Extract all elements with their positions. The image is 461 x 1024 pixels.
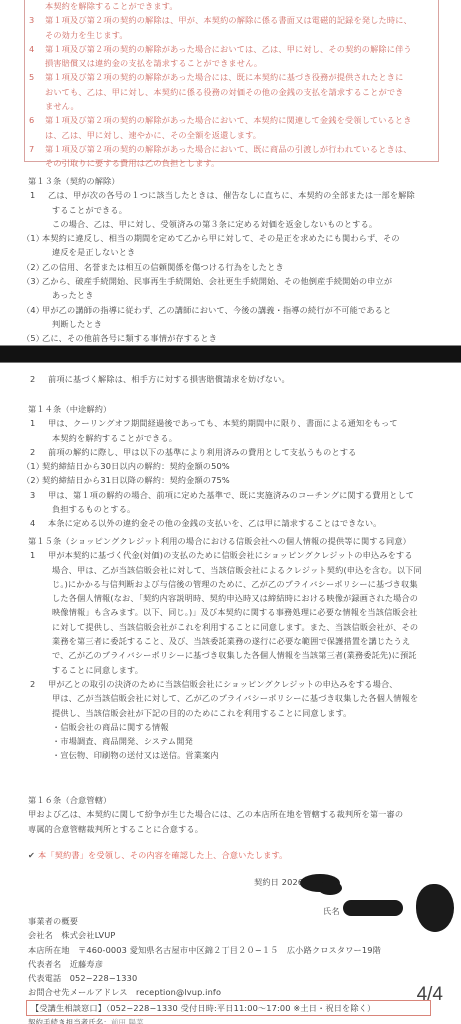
para-text: 乙は、甲が次の各号の１つに該当したときは、催告なしに直ちに、本契約の全部または一… [48, 190, 415, 200]
business-heading: 事業者の概要 [28, 914, 448, 928]
agreement-text: 本「契約書」を受領し、その内容を確認した上、合意いたします。 [38, 850, 287, 860]
para-text: 本条に定める以外の違約金その他の金銭の支払いを、乙は甲に請求することはできない。 [48, 518, 382, 528]
purpose-item: ・宣伝物、印刷物の送付又は送信。営業案内 [28, 748, 448, 762]
para-text: この場合、乙は、甲に対し、受領済みの第３条に定める対価を返金しないものとする。 [28, 217, 448, 231]
staff-row: 契約手続き担当者氏名：前田 陽菜 [28, 1016, 448, 1024]
para-num: 1 [28, 188, 48, 202]
fee-item: （2）契約締結日から31日以降の解約：契約金額の75% [22, 473, 448, 487]
art12-line: 6第１項及び第２項の契約の解除があった場合において、本契約に関連して金銭を受領し… [25, 113, 430, 127]
article-15-title: 第１５条（ショッピングクレジット利用の場合における信販会社への個人情報の提供等に… [28, 534, 448, 548]
item-text: 違反を是正しないとき [28, 245, 448, 259]
para-text: 前項の解約に際し、甲は以下の基準により利用済みの費用として支払うものとする [48, 447, 357, 457]
item-text: あったとき [28, 288, 448, 302]
article-16-title: 第１６条（合意管轄） [28, 793, 448, 807]
para-text: することができる。 [28, 203, 448, 217]
art12-line: 3第１項及び第２項の契約の解除は、甲が、本契約の解除に係る書面又は電磁的記録を発… [25, 13, 430, 27]
item-text: 判断したとき [28, 317, 448, 331]
art12-line: は、乙は、甲に対し、速やかに、その全額を返還します。 [25, 128, 430, 142]
para-text: に対して提供し、当該信販会社がこれを利用することに同意します。また、当該信販会社… [28, 620, 448, 634]
para-text: 前項に基づく解除は、相手方に対する損害賠償請求を妨げない。 [48, 374, 290, 384]
para-text: 映像情報」も含みます。以下、同じ。)」及び本契約に関する事務処理に必要な情報を当… [28, 605, 448, 619]
purpose-item: ・信販会社の商品に関する情報 [28, 720, 448, 734]
para-text: 甲が本契約に基づく代金(対価)の支払のために信販会社にショッピングクレジットの申… [48, 550, 413, 560]
agreement-line: ✔本「契約書」を受領し、その内容を確認した上、合意いたします。 [28, 848, 448, 862]
art12-line: 損害賠償又は違約金の支払を請求することができません。 [25, 56, 430, 70]
article-14-title: 第１４条（中途解約） [28, 402, 448, 416]
address-row: 本店所在地 〒460-0003 愛知県名古屋市中区錦２丁目２０−１５ 広小路クロ… [28, 943, 448, 957]
article-15: 第１５条（ショッピングクレジット利用の場合における信販会社への個人情報の提供等に… [28, 534, 448, 763]
para-num: 2 [28, 677, 48, 691]
para-text: 本契約を解約することができる。 [28, 431, 448, 445]
para-text: 甲および乙は、本契約に関して紛争が生じた場合には、乙の本店所在地を管轄する裁判所… [28, 807, 448, 821]
art13-item: （1）本契約に違反し、相当の期間を定めて乙から甲に対して、その是正を求めたにも関… [22, 231, 448, 245]
art13-p1: 1乙は、甲が次の各号の１つに該当したときは、催告なしに直ちに、本契約の全部または… [28, 188, 448, 202]
email-row: お問合せ先メールアドレス reception@lvup.info [28, 985, 448, 999]
para-text: した各個人情報(なお、「契約内容説明時、契約申込時又は締結時における映像が録画さ… [28, 591, 448, 605]
checkmark-icon: ✔ [28, 850, 35, 860]
para-text: することに同意します。 [28, 663, 448, 677]
para-num: 1 [28, 548, 48, 562]
art12-line: その引取りに要する費用は乙の負担とします。 [25, 156, 430, 170]
para-text: 負担するものとする。 [28, 502, 448, 516]
consultation-desk-box: 【受講生相談窓口】（052−228−1330 受付日時:平日11:00〜17:0… [26, 1000, 431, 1016]
article-14: 第１４条（中途解約） 1甲は、クーリングオフ期間経過後であっても、本契約期間中に… [28, 402, 448, 531]
art13-p2: 2前項に基づく解除は、相手方に対する損害賠償請求を妨げない。 [28, 372, 448, 386]
para-num: 3 [28, 488, 48, 502]
para-num: 4 [28, 516, 48, 530]
para-text: 甲が乙との取引の決済のために当該信販会社にショッピングクレジットの申込みをする場… [48, 679, 398, 689]
document-page-upper: 本契約を解除することができます。 3第１項及び第２項の契約の解除は、甲が、本契約… [0, 0, 461, 342]
email-link[interactable]: reception@lvup.info [136, 987, 221, 997]
article-13-title: 第１３条（契約の解除） [28, 174, 448, 188]
art13-item: （5）乙に、その他前各号に類する事情が存するとき [22, 331, 448, 345]
para-text: 業務を第三者に委託すること、及び、当該委託業務の遂行に必要な範囲で保護措置を講じ… [28, 634, 448, 648]
company-row: 会社名 株式会社LVUP [28, 928, 448, 942]
para-text: 甲は、クーリングオフ期間経過後であっても、本契約期間中に限り、書面による通知をも… [48, 418, 398, 428]
para-text: 甲は、第１項の解約の場合、前項に定めた基準で、既に実施済みのコーチングに関する費… [48, 490, 414, 500]
art12-line: その効力を生じます。 [25, 28, 430, 42]
para-text: 専属的合意管轄裁判所とすることに合意する。 [28, 822, 448, 836]
art13-item: （4）甲が乙の講師の指導に従わず、乙の講師において、今後の講義・指導の続行が不可… [22, 303, 448, 317]
art13-item: （3）乙から、破産手続開始、民事再生手続開始、会社更生手続開始、その他倒産手続開… [22, 274, 448, 288]
article-13: 第１３条（契約の解除） 1乙は、甲が次の各号の１つに該当したときは、催告なしに直… [28, 174, 448, 346]
art12-line: 4第１項及び第２項の契約の解除があった場合においては、乙は、甲に対し、その契約の… [25, 42, 430, 56]
para-text: 提供し、当該信販会社が下記の目的のためにこれを利用することに同意します。 [28, 706, 448, 720]
para-num: 1 [28, 416, 48, 430]
art12-line: おいても、乙は、甲に対し、本契約に係る役務の対価その他の金銭の支払を請求すること… [25, 85, 430, 99]
article-16: 第１６条（合意管轄） 甲および乙は、本契約に関して紛争が生じた場合には、乙の本店… [28, 793, 448, 836]
para-text: で、乙が乙のプライバシーポリシーに基づき収集した各個人情報を当該第三者(業務委託… [28, 648, 448, 662]
redaction-mark-date [318, 881, 342, 895]
art12-line: 7第１項及び第２項の契約の解除があった場合において、既に商品の引渡しが行われてい… [25, 142, 430, 156]
document-page-lower: 2前項に基づく解除は、相手方に対する損害賠償請求を妨げない。 第１４条（中途解約… [0, 364, 461, 1024]
purpose-item: ・市場調査、商品開発、システム開発 [28, 734, 448, 748]
para-text: 甲は、乙が当該信販会社に対して、乙が乙のプライバシーポリシーに基づき収集した各個… [28, 691, 448, 705]
art12-line: ません。 [25, 99, 430, 113]
art12-line: 5第１項及び第２項の契約の解除があった場合には、既に本契約に基づき役務が提供され… [25, 70, 430, 84]
business-overview: 事業者の概要 会社名 株式会社LVUP 本店所在地 〒460-0003 愛知県名… [28, 914, 448, 1024]
art12-line: 本契約を解除することができます。 [25, 0, 430, 13]
para-num: 2 [28, 445, 48, 459]
representative-row: 代表者名 近藤寿彦 [28, 957, 448, 971]
para-num: 2 [28, 372, 48, 386]
para-text: じ。)にかかる与信判断および与信後の管理のために、乙が乙のプライバシーポリシーに… [28, 577, 448, 591]
phone-row: 代表電話 052−228−1330 [28, 971, 448, 985]
article-12-red-box: 本契約を解除することができます。 3第１項及び第２項の契約の解除は、甲が、本契約… [24, 0, 439, 162]
contract-date-label: 契約日 2026 [254, 875, 303, 889]
para-text: 場合、甲は、乙が当該信販会社に対して、当該信販会社によるクレジット契約(申込を含… [28, 563, 448, 577]
page-separator-band [0, 345, 461, 363]
art13-item: （2）乙の信用、名誉または相互の信頼関係を傷つける行為をしたとき [22, 260, 448, 274]
fee-item: （1）契約締結日から30日以内の解約：契約金額の50% [22, 459, 448, 473]
page-indicator: 4/4 [417, 988, 443, 1002]
